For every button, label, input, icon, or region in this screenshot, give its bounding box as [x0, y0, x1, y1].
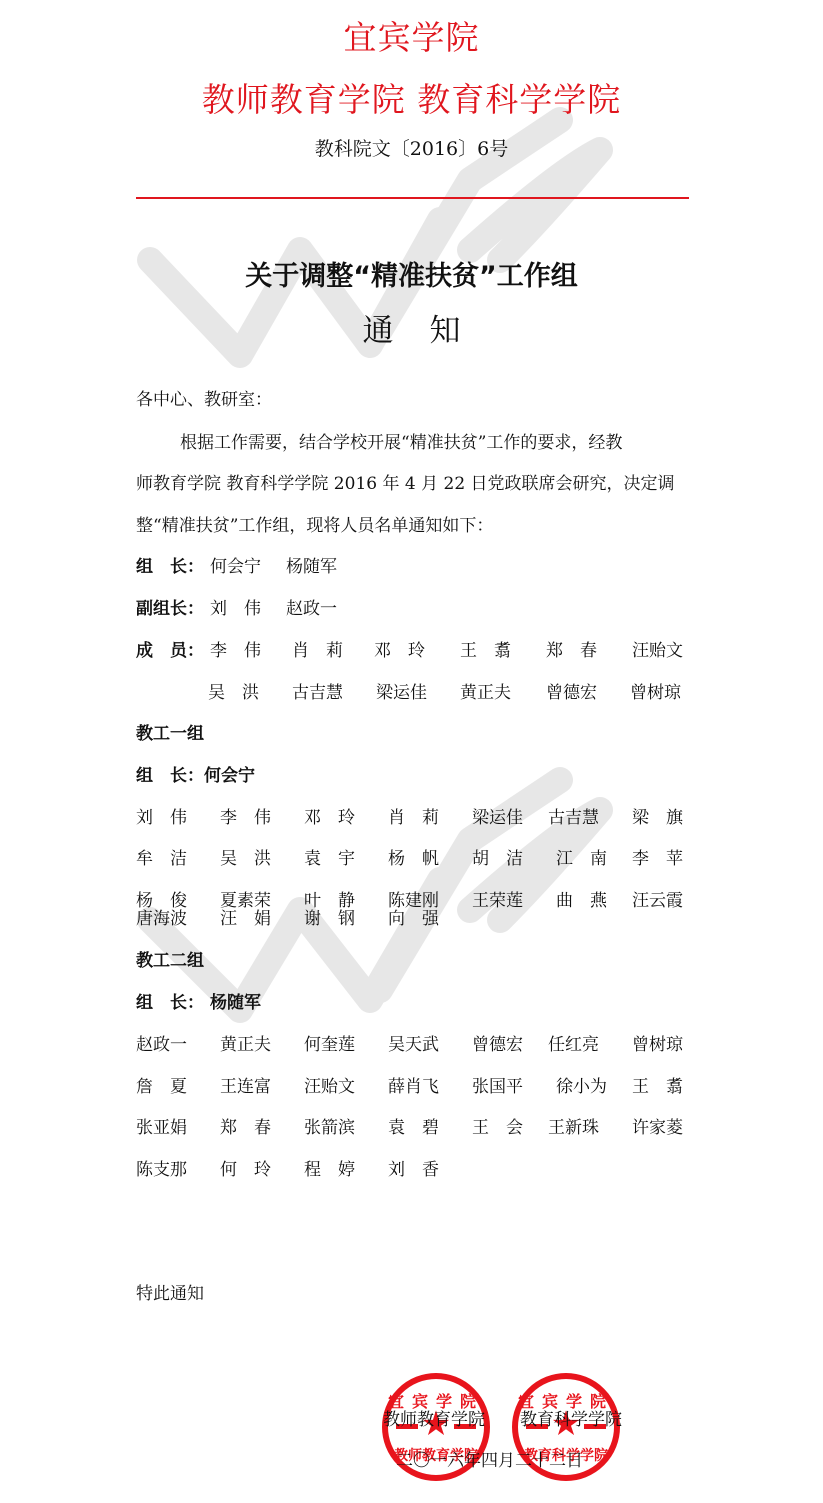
member-name: 赵政一: [136, 1030, 187, 1055]
member-name: 张箭滨: [304, 1113, 355, 1138]
member-name: 袁 碧: [388, 1113, 439, 1138]
member-name: 王 会: [472, 1113, 523, 1138]
member-name: 吴 洪: [208, 678, 259, 703]
paragraph-line-1: 根据工作需要，结合学校开展“精准扶贫”工作的要求，经教: [180, 428, 622, 453]
member-name: 梁 旗: [632, 803, 683, 828]
member-name: 许家菱: [632, 1113, 683, 1138]
member-name: 汪贻文: [304, 1072, 355, 1097]
member-name: 杨 帆: [388, 844, 439, 869]
member-name: 王 翥: [632, 1072, 683, 1097]
paragraph-line-2: 师教育学院 教育科学学院 2016 年 4 月 22 日党政联席会研究，决定调: [136, 469, 675, 494]
group2-title: 教工二组: [136, 946, 204, 971]
member-name: 刘 香: [388, 1155, 439, 1180]
member-name: 唐海波: [136, 904, 187, 929]
member-name: 牟 洁: [136, 844, 187, 869]
member-name: 黄正夫: [460, 678, 511, 703]
member-name: 胡 洁: [472, 844, 523, 869]
members-label: 成 员：: [136, 636, 204, 661]
member-name: 王新珠: [548, 1113, 599, 1138]
red-divider: [136, 197, 689, 199]
member-name: 汪贻文: [632, 636, 683, 661]
member-name: 黄正夫: [220, 1030, 271, 1055]
leader-label: 组 长：: [136, 552, 204, 577]
signature-org-2: 教育科学学院: [520, 1405, 622, 1430]
member-name: 程 婷: [304, 1155, 355, 1180]
member-name: 吴天武: [388, 1030, 439, 1055]
deputy-label: 副组长：: [136, 594, 204, 619]
member-name: 薛肖飞: [388, 1072, 439, 1097]
member-name: 张国平: [472, 1072, 523, 1097]
member-name: 任红亮: [548, 1030, 599, 1055]
member-name: 张亚娟: [136, 1113, 187, 1138]
member-name: 何 玲: [220, 1155, 271, 1180]
deputy-name: 赵政一: [286, 594, 337, 619]
group2-leader-name: 杨随军: [210, 988, 261, 1013]
member-name: 向 强: [388, 904, 439, 929]
salutation: 各中心、教研室：: [136, 385, 272, 410]
member-name: 古吉慧: [548, 803, 599, 828]
member-name: 江 南: [556, 844, 607, 869]
member-name: 邓 玲: [374, 636, 425, 661]
member-name: 吴 洪: [220, 844, 271, 869]
member-name: 郑 春: [546, 636, 597, 661]
closing-text: 特此通知: [136, 1279, 204, 1304]
group1-leader: 组 长：何会宁: [136, 761, 255, 786]
member-name: 王连富: [220, 1072, 271, 1097]
member-name: 徐小为: [556, 1072, 607, 1097]
department-header: 教师教育学院 教育科学学院: [0, 74, 823, 121]
member-name: 梁运佳: [472, 803, 523, 828]
member-name: 袁 宇: [304, 844, 355, 869]
member-name: 梁运佳: [376, 678, 427, 703]
member-name: 曾树琼: [630, 678, 681, 703]
member-name: 陈支那: [136, 1155, 187, 1180]
member-name: 李 苹: [632, 844, 683, 869]
signature-date: 二〇一六年四月二十二日: [396, 1446, 583, 1471]
document-number: 教科院文〔2016〕6号: [0, 134, 823, 161]
wps-watermark: [0, 0, 823, 1503]
member-name: 何奎莲: [304, 1030, 355, 1055]
leader-name: 杨随军: [286, 552, 337, 577]
paragraph-line-3: 整“精准扶贫”工作组，现将人员名单通知如下：: [136, 511, 493, 536]
member-name: 曲 燕: [556, 886, 607, 911]
member-name: 邓 玲: [304, 803, 355, 828]
group1-title: 教工一组: [136, 719, 204, 744]
member-name: 古吉慧: [292, 678, 343, 703]
member-name: 汪云霞: [632, 886, 683, 911]
document-title-notice: 通知: [0, 305, 823, 350]
member-name: 王 翥: [460, 636, 511, 661]
member-name: 詹 夏: [136, 1072, 187, 1097]
org-header: 宜宾学院: [0, 12, 823, 59]
member-name: 曾德宏: [546, 678, 597, 703]
group2-leader-label: 组 长：: [136, 988, 204, 1013]
member-name: 李 伟: [210, 636, 261, 661]
member-name: 曾德宏: [472, 1030, 523, 1055]
member-name: 李 伟: [220, 803, 271, 828]
member-name: 汪 娟: [220, 904, 271, 929]
document-title: 关于调整“精准扶贫”工作组: [0, 254, 823, 293]
leader-name: 何会宁: [210, 552, 261, 577]
member-name: 谢 钢: [304, 904, 355, 929]
member-name: 肖 莉: [292, 636, 343, 661]
signature-org-1: 教师教育学院: [383, 1405, 485, 1430]
member-name: 刘 伟: [136, 803, 187, 828]
member-name: 肖 莉: [388, 803, 439, 828]
member-name: 王荣莲: [472, 886, 523, 911]
deputy-name: 刘 伟: [210, 594, 261, 619]
member-name: 郑 春: [220, 1113, 271, 1138]
member-name: 曾树琼: [632, 1030, 683, 1055]
